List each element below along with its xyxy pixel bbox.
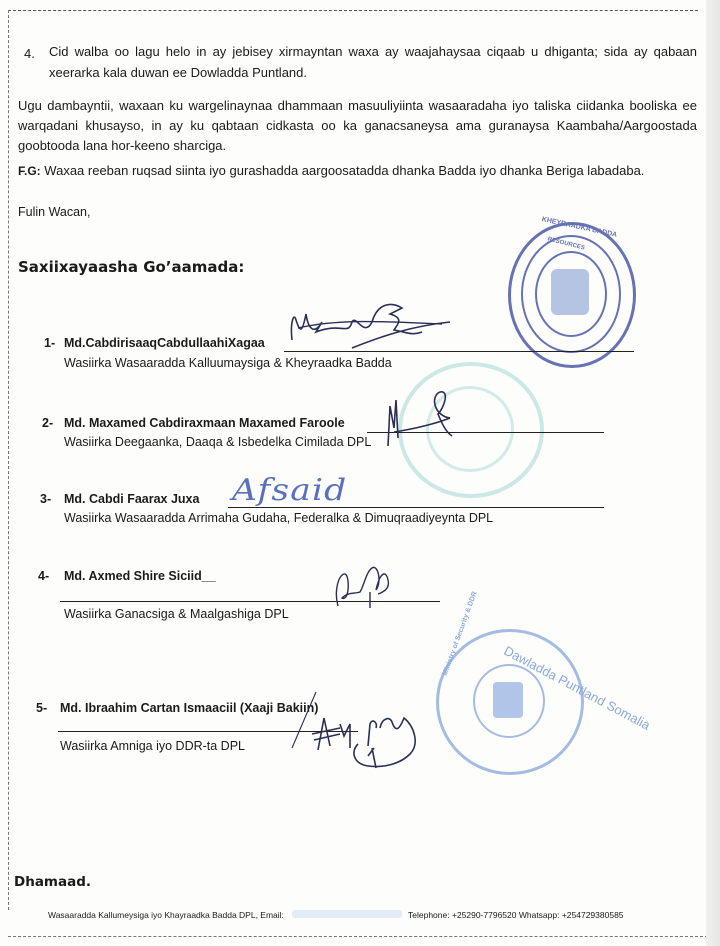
signatory-2-name: Md. Maxamed Cabdiraxmaan Maxamed Faroole bbox=[64, 414, 345, 433]
page-border-left bbox=[8, 10, 9, 910]
signatory-4-number: 4- bbox=[38, 567, 49, 586]
signatory-5-number: 5- bbox=[36, 699, 47, 718]
signatory-1-name: Md.CabdirisaaqCabdullaahiXagaa bbox=[64, 334, 265, 353]
signatory-4-title: Wasiirka Ganacsiga & Maalgashiga DPL bbox=[64, 605, 289, 624]
stamp-emblem-icon bbox=[493, 682, 523, 718]
signature-2 bbox=[380, 388, 490, 448]
stamp-emblem-icon bbox=[551, 269, 589, 315]
greeting: Fulin Wacan, bbox=[18, 203, 90, 222]
signatory-2-number: 2- bbox=[42, 414, 53, 433]
closing-paragraph: Ugu dambayntii, waxaan ku wargelinaynaa … bbox=[18, 96, 697, 156]
item-4-text: Cid walba oo lagu helo in ay jebisey xir… bbox=[49, 42, 697, 83]
signatory-4-name: Md. Axmed Shire Siciid__ bbox=[64, 567, 216, 586]
page-edge-shadow bbox=[706, 0, 720, 946]
signatory-3-title: Wasiirka Wasaaradda Arrimaha Gudaha, Fed… bbox=[64, 509, 493, 528]
end-word: Dhamaad. bbox=[14, 873, 91, 892]
signatory-3-number: 3- bbox=[40, 490, 51, 509]
note-line: F.G: Waxaa reeban ruqsad siinta iyo gura… bbox=[18, 161, 644, 181]
signature-4 bbox=[330, 562, 400, 612]
footer-ministry: Wasaaradda Kallumeysiga iyo Khayraadka B… bbox=[48, 906, 284, 925]
signatory-1-number: 1- bbox=[44, 334, 55, 353]
signature-1 bbox=[282, 292, 452, 354]
fisheries-ministry-stamp: KHEYRAADKA BADDA RESOURCES bbox=[508, 222, 636, 368]
signatories-heading: Saxiixayaasha Go’aamada: bbox=[18, 258, 244, 277]
signatory-2-title: Wasiirka Deegaanka, Daaqa & Isbedelka Ci… bbox=[64, 433, 371, 452]
item-4-number: 4. bbox=[24, 44, 35, 63]
signature-5 bbox=[200, 688, 440, 778]
note-text: Waxaa reeban ruqsad siinta iyo gurashadd… bbox=[44, 163, 644, 178]
page-border-top bbox=[8, 10, 698, 11]
signature-3: Afsaid bbox=[232, 474, 347, 508]
puntland-security-ministry-stamp: Dawladda Puntland Somalia Ministry of Se… bbox=[436, 629, 584, 775]
note-label: F.G: bbox=[18, 164, 41, 178]
signatory-3-name: Md. Cabdi Faarax Juxa bbox=[64, 490, 199, 509]
signatory-1-title: Wasiirka Wasaaradda Kalluumaysiga & Khey… bbox=[64, 354, 392, 373]
footer-contact: Telephone: +25290-7796520 Whatsapp: +254… bbox=[408, 906, 624, 925]
document-page: 4. Cid walba oo lagu helo in ay jebisey … bbox=[0, 0, 712, 946]
page-border-bottom bbox=[8, 936, 708, 937]
footer-email-redacted bbox=[292, 910, 402, 918]
